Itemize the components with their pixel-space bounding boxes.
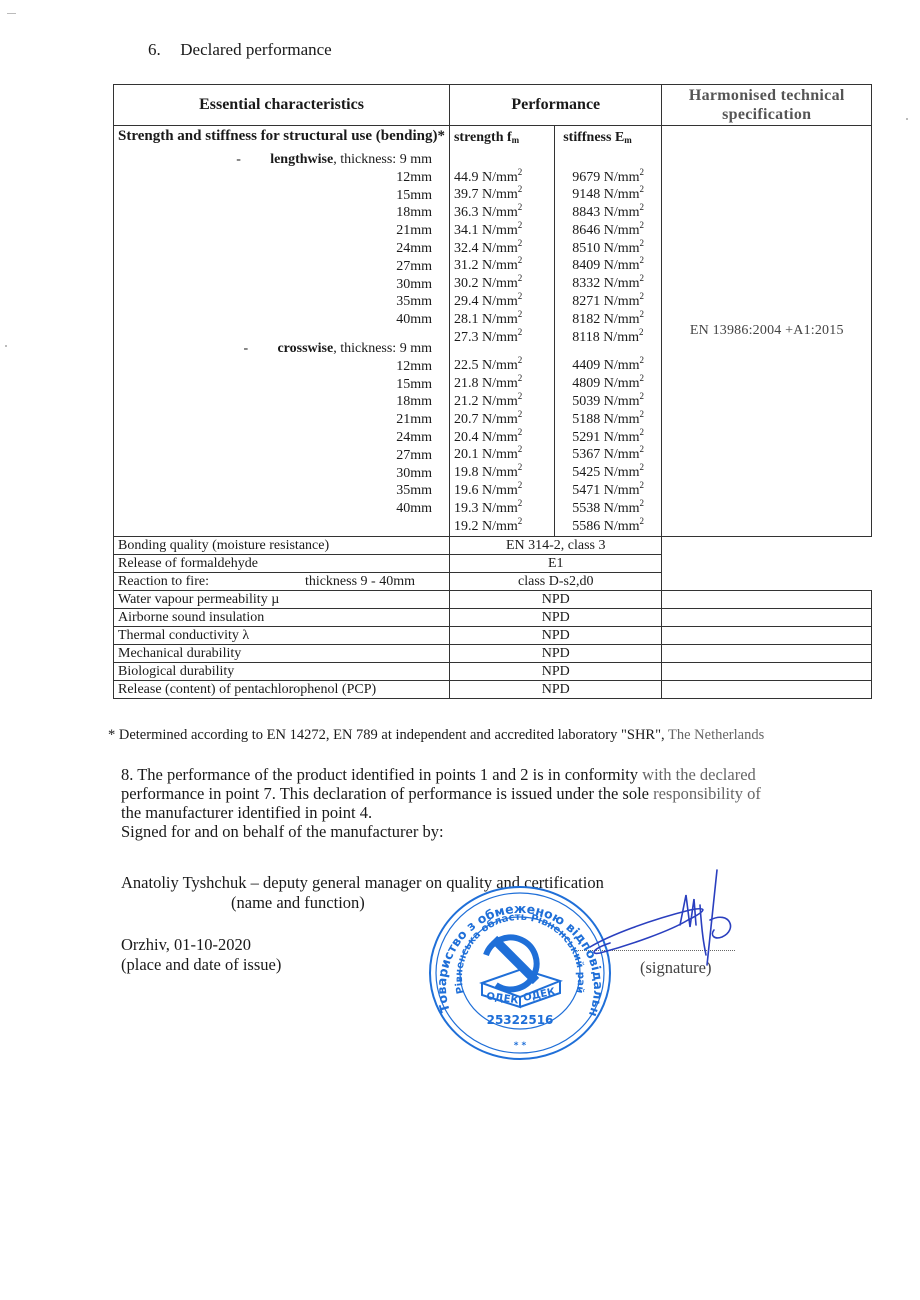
performance-value-cell: NPD	[449, 608, 662, 626]
characteristic-cell: Mechanical durability	[114, 644, 450, 662]
value: 34.1 N/mm2	[454, 222, 550, 240]
table-row: Bonding quality (moisture resistance)EN …	[114, 536, 872, 554]
stiffness-column-head: stiffness Em	[563, 127, 657, 163]
bullet-dash: -	[236, 151, 270, 169]
performance-value-cell: NPD	[449, 680, 662, 698]
characteristic-cell: Release (content) of pentachlorophenol (…	[114, 680, 450, 698]
harmonised-spec-empty-cell	[662, 644, 872, 662]
table-header-row: Essential characteristics Performance Ha…	[114, 85, 872, 126]
characteristic-detail: thickness 9 - 40mm	[305, 573, 415, 590]
declared-performance-table: Essential characteristics Performance Ha…	[113, 84, 872, 699]
thickness-row: 24mm	[118, 240, 445, 258]
value: 19.3 N/mm2	[454, 500, 550, 518]
thickness-row: 18mm	[118, 393, 445, 411]
value: 27.3 N/mm2	[454, 329, 550, 347]
value: 28.1 N/mm2	[454, 311, 550, 329]
value: 22.5 N/mm2	[454, 357, 550, 375]
harmonised-spec-empty-cell	[662, 680, 872, 698]
characteristic-cell: Bonding quality (moisture resistance)	[114, 536, 450, 554]
value: 20.1 N/mm2	[454, 446, 550, 464]
value: 29.4 N/mm2	[454, 293, 550, 311]
harmonised-spec-empty-cell	[662, 590, 872, 608]
thickness-label: 18mm	[396, 204, 445, 222]
svg-text:ОДЕК: ОДЕК	[486, 991, 520, 1007]
header-essential-characteristics: Essential characteristics	[114, 85, 450, 126]
value: 8118 N/mm2	[563, 329, 657, 347]
performance-value-cell: EN 314-2, class 3	[449, 536, 662, 554]
harmonised-spec-empty-cell	[662, 608, 872, 626]
svg-text:ОДЕК: ОДЕК	[522, 986, 557, 1004]
thickness-row: 35mm	[118, 482, 445, 500]
thickness-row: -crosswise, thickness: 9 mm	[118, 340, 445, 358]
thickness-row: 21mm	[118, 222, 445, 240]
thickness-labels: -lengthwise, thickness: 9 mm12mm15mm18mm…	[118, 151, 445, 518]
characteristic-label: Reaction to fire:	[118, 573, 209, 590]
performance-value-cell: class D-s2,d0	[449, 572, 662, 590]
thickness-label: -lengthwise, thickness: 9 mm	[236, 151, 445, 169]
value: 32.4 N/mm2	[454, 240, 550, 258]
section-title-text: Declared performance	[180, 40, 331, 59]
thickness-label: 30mm	[396, 465, 445, 483]
thickness-row: 21mm	[118, 411, 445, 429]
scan-speck	[7, 13, 16, 14]
performance-value-cell: NPD	[449, 626, 662, 644]
thickness-label: 21mm	[396, 222, 445, 240]
value: 19.8 N/mm2	[454, 464, 550, 482]
strength-characteristic-cell: Strength and stiffness for structural us…	[114, 126, 450, 537]
thickness-label: 15mm	[396, 187, 445, 205]
performance-value-cell: NPD	[449, 662, 662, 680]
harmonised-spec-empty-cell	[662, 626, 872, 644]
table-row: Biological durabilityNPD	[114, 662, 872, 680]
thickness-label: 12mm	[396, 169, 445, 187]
thickness-row: 27mm	[118, 258, 445, 276]
handwritten-signature-icon	[590, 865, 740, 975]
thickness-label: 35mm	[396, 482, 445, 500]
svg-text:* *: * *	[514, 1041, 527, 1051]
bullet-dash: -	[243, 340, 277, 358]
strength-stiffness-row: Strength and stiffness for structural us…	[114, 126, 872, 537]
stiffness-values: 9679 N/mm29148 N/mm28843 N/mm28646 N/mm2…	[563, 169, 657, 536]
footnote: * Determined according to EN 14272, EN 7…	[108, 727, 764, 744]
characteristic-cell: Reaction to fire:thickness 9 - 40mm	[114, 572, 450, 590]
value: 44.9 N/mm2	[454, 169, 550, 187]
thickness-label: 12mm	[396, 358, 445, 376]
value: 30.2 N/mm2	[454, 275, 550, 293]
table-row: Airborne sound insulationNPD	[114, 608, 872, 626]
value: 21.8 N/mm2	[454, 375, 550, 393]
strength-values: 44.9 N/mm239.7 N/mm236.3 N/mm234.1 N/mm2…	[454, 169, 550, 536]
harmonised-spec-empty-cell	[662, 662, 872, 680]
characteristic-cell: Thermal conductivity λ	[114, 626, 450, 644]
thickness-label: 24mm	[396, 429, 445, 447]
section-title: 6. Declared performance	[148, 40, 332, 60]
thickness-label: 27mm	[396, 447, 445, 465]
characteristic-cell: Water vapour permeability µ	[114, 590, 450, 608]
strength-section-title: Strength and stiffness for structural us…	[118, 126, 445, 145]
thickness-label: 40mm	[396, 311, 445, 329]
strength-group-lengthwise: 44.9 N/mm239.7 N/mm236.3 N/mm234.1 N/mm2…	[454, 169, 550, 347]
thickness-row: 15mm	[118, 187, 445, 205]
stiffness-values-cell: stiffness Em 9679 N/mm29148 N/mm28843 N/…	[555, 126, 662, 537]
characteristic-cell: Biological durability	[114, 662, 450, 680]
conformity-statement: 8. The performance of the product identi…	[121, 765, 881, 841]
section-number: 6.	[148, 40, 176, 60]
thickness-row: 30mm	[118, 276, 445, 294]
company-stamp-icon: Товариство з обмеженою відповідальністю …	[424, 883, 616, 1063]
place-date-block: Orzhiv, 01-10-2020 (place and date of is…	[121, 935, 281, 975]
value: 19.2 N/mm2	[454, 518, 550, 536]
value: 20.4 N/mm2	[454, 429, 550, 447]
thickness-group-lengthwise: -lengthwise, thickness: 9 mm12mm15mm18mm…	[118, 151, 445, 329]
strength-values-cell: strength fm 44.9 N/mm239.7 N/mm236.3 N/m…	[449, 126, 554, 537]
thickness-row: 12mm	[118, 358, 445, 376]
thickness-row: 30mm	[118, 465, 445, 483]
characteristic-cell: Release of formaldehyde	[114, 554, 450, 572]
thickness-row: 40mm	[118, 311, 445, 329]
thickness-row: 12mm	[118, 169, 445, 187]
table-row: Mechanical durabilityNPD	[114, 644, 872, 662]
header-harmonised-spec: Harmonised technical specification	[662, 85, 872, 126]
value: 36.3 N/mm2	[454, 204, 550, 222]
performance-value-cell: NPD	[449, 590, 662, 608]
thickness-row: 24mm	[118, 429, 445, 447]
performance-value-cell: E1	[449, 554, 662, 572]
thickness-label: 27mm	[396, 258, 445, 276]
thickness-label: 15mm	[396, 376, 445, 394]
scan-speck	[906, 118, 908, 120]
header-performance: Performance	[449, 85, 662, 126]
fire-characteristic: Reaction to fire:thickness 9 - 40mm	[118, 573, 445, 590]
value: 21.2 N/mm2	[454, 393, 550, 411]
thickness-row: 27mm	[118, 447, 445, 465]
svg-text:25322516: 25322516	[487, 1013, 554, 1027]
stiffness-group-lengthwise: 9679 N/mm29148 N/mm28843 N/mm28646 N/mm2…	[563, 169, 657, 347]
thickness-label: 35mm	[396, 293, 445, 311]
value: 19.6 N/mm2	[454, 482, 550, 500]
performance-value-cell: NPD	[449, 644, 662, 662]
thickness-row: 40mm	[118, 500, 445, 518]
thickness-group-crosswise: -crosswise, thickness: 9 mm12mm15mm18mm2…	[118, 340, 445, 518]
thickness-label: 30mm	[396, 276, 445, 294]
value: 20.7 N/mm2	[454, 411, 550, 429]
table-row: Release (content) of pentachlorophenol (…	[114, 680, 872, 698]
thickness-label: 21mm	[396, 411, 445, 429]
strength-column-head: strength fm	[454, 127, 550, 163]
thickness-label: 40mm	[396, 500, 445, 518]
thickness-label: 24mm	[396, 240, 445, 258]
harmonised-spec-value: EN 13986:2004 +A1:2015	[662, 126, 872, 537]
thickness-label: -crosswise, thickness: 9 mm	[243, 340, 445, 358]
stiffness-group-crosswise: 4409 N/mm24809 N/mm25039 N/mm25188 N/mm2…	[563, 357, 657, 535]
place-date-caption: (place and date of issue)	[121, 955, 281, 975]
thickness-row: 35mm	[118, 293, 445, 311]
thickness-label: 18mm	[396, 393, 445, 411]
table-row: Water vapour permeability µNPD	[114, 590, 872, 608]
value: 39.7 N/mm2	[454, 186, 550, 204]
value: 31.2 N/mm2	[454, 257, 550, 275]
table-row: Reaction to fire:thickness 9 - 40mmclass…	[114, 572, 872, 590]
table-row: Thermal conductivity λNPD	[114, 626, 872, 644]
table-row: Release of formaldehydeE1	[114, 554, 872, 572]
value: 5586 N/mm2	[563, 518, 657, 536]
strength-group-crosswise: 22.5 N/mm221.8 N/mm221.2 N/mm220.7 N/mm2…	[454, 357, 550, 535]
place-date: Orzhiv, 01-10-2020	[121, 935, 281, 955]
scan-speck	[5, 345, 7, 347]
thickness-row: 18mm	[118, 204, 445, 222]
thickness-row: -lengthwise, thickness: 9 mm	[118, 151, 445, 169]
thickness-row: 15mm	[118, 376, 445, 394]
characteristic-cell: Airborne sound insulation	[114, 608, 450, 626]
